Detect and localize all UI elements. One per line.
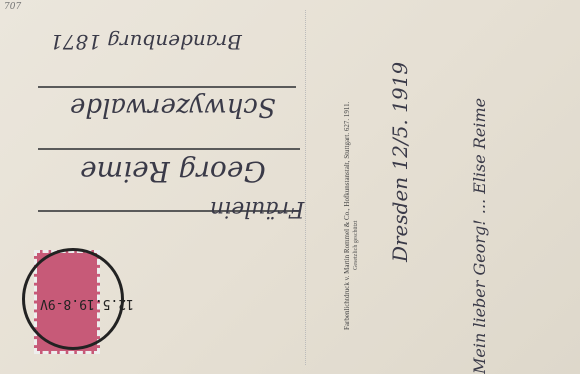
postmark-date: 12.5.19.8-9V [40,296,134,311]
address-text-4: Brandenburg 1871 [50,30,242,54]
printer-imprint-2: Gesetzlich geschützt [353,221,359,270]
address-text-3: Schwyzerwalde [70,92,276,122]
address-text-1: Fräulein [210,196,304,221]
divider-line [305,10,307,365]
corner-mark: 707 [4,2,21,12]
printer-imprint: Farbenlichtdruck v. Martin Rommel & Co.,… [343,102,351,330]
message-text: Mein lieber Georg! ... Elise Reime [466,14,494,374]
address-line-2 [38,148,300,150]
postcard-back: 707 Brandenburg 1871 Schwyzerwalde Georg… [0,0,580,374]
message-date: Dresden 12/5. 1919 [388,62,412,262]
address-line-1 [38,86,296,88]
address-text-2: Georg Reime [80,155,266,188]
